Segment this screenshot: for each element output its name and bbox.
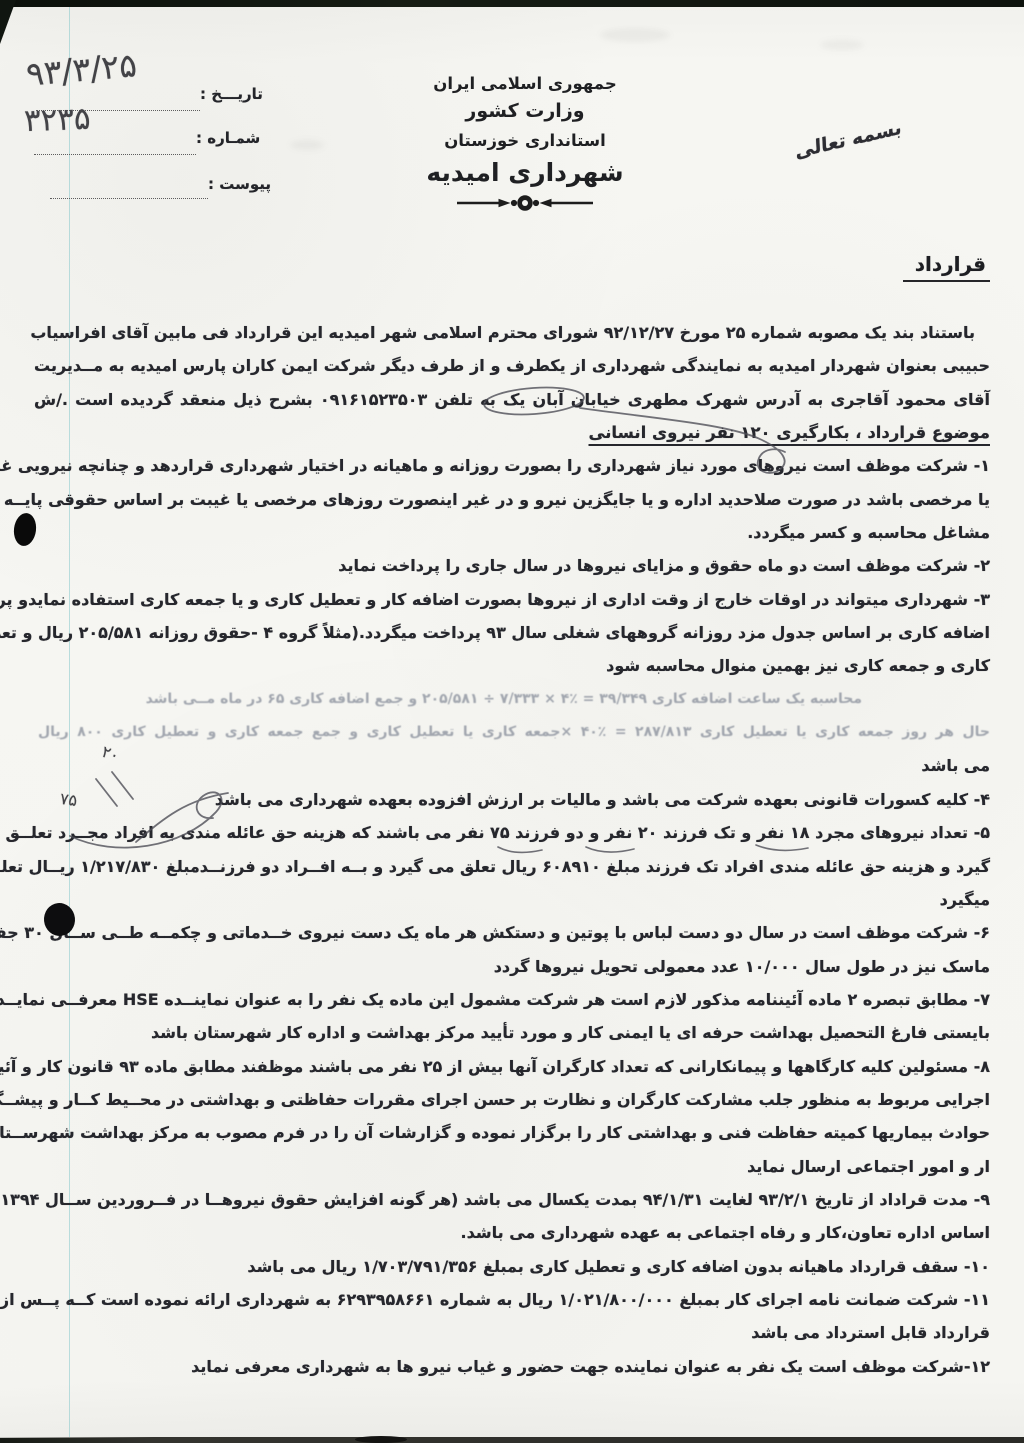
scan-edge-bottom <box>0 1437 1024 1443</box>
contract-line: محاسبه یک ساعت اضافه کاری ۳۹/۳۴۹ = ٪۴ × … <box>34 683 990 716</box>
contract-line: کاری و جمعه کاری نیز بهمین منوال محاسبه … <box>34 649 990 682</box>
margin-note-bottom: ۷۵ <box>59 789 79 810</box>
contract-line: ار و امور اجتماعی ارسال نماید <box>34 1150 990 1183</box>
contract-line: ماسک نیز در طول سال ۱۰/۰۰۰ عدد معمولی تح… <box>34 950 990 983</box>
contract-line: ۱۰- سقف قرارداد ماهیانه بدون اضافه کاری … <box>34 1250 990 1283</box>
contract-line: بایستی فارغ التحصیل بهداشت حرفه ای یا ای… <box>34 1016 990 1049</box>
letterhead-ministry: وزارت کشور <box>372 100 678 122</box>
contract-line: حال هر روز جمعه کاری یا تعطیل کاری ۲۸۷/۸… <box>34 716 990 749</box>
contract-line: ۷- مطابق تبصره ۲ ماده آئیننامه مذکور لاز… <box>34 983 990 1016</box>
contract-line: اضافه کاری بر اساس جدول مزد روزانه گروهه… <box>34 616 990 649</box>
contract-line: ۹- مدت قراداد از تاریخ ۹۳/۲/۱ لغایت ۹۴/۱… <box>34 1183 990 1216</box>
scanned-contract-page: { "document": { "bismillah": "بسمه تعالی… <box>0 0 1024 1443</box>
contract-line: ۴- کلیه کسورات قانونی بعهده شرکت می باشد… <box>34 783 990 816</box>
contract-line: ۸- مسئولین کلیه کارگاهها و پیمانکارانی ک… <box>34 1050 990 1083</box>
contract-line: حوادث بیماریها کمیته حفاظت فنی و بهداشتی… <box>34 1116 990 1149</box>
contract-line: باستناد بند یک مصوبه شماره ۲۵ مورخ ۹۲/۱۲… <box>34 316 990 349</box>
contract-line: می باشد <box>34 749 990 782</box>
contract-line: گیرد و هزینه حق عائله مندی افراد تک فرزن… <box>34 850 990 883</box>
divider-ornament-icon <box>455 193 595 213</box>
contract-body: باستناد بند یک مصوبه شماره ۲۵ مورخ ۹۲/۱۲… <box>34 316 990 1383</box>
contract-line: اجرایی مربوط به منظور جلب مشارکت کارگران… <box>34 1083 990 1116</box>
contract-line: میگیرد <box>34 883 990 916</box>
number-handwritten-value: ۳۲۳۵ <box>23 101 91 139</box>
scan-smudge <box>600 28 670 42</box>
letterhead-municipality: شهرداری امیدیه <box>372 158 678 187</box>
contract-line: حبیبی بعنوان شهردار امیدیه به نمایندگی ش… <box>34 349 990 382</box>
contract-line: ۱۱- شرکت ضمانت نامه اجرای کار بمبلغ ۱/۰۲… <box>34 1283 990 1316</box>
contract-line: اساس اداره تعاون،کار و رفاه اجتماعی به ع… <box>34 1216 990 1249</box>
contract-line: مشاغل محاسبه و کسر میگردد. <box>34 516 990 549</box>
contract-line: قرارداد قابل استرداد می باشد <box>34 1316 990 1349</box>
number-label: شمـاره : <box>196 129 276 147</box>
contract-line: ۶- شرکت موظف است در سال دو دست لباس با پ… <box>34 916 990 949</box>
date-label: تاریـــخ : <box>200 85 280 103</box>
scan-smudge <box>290 140 324 150</box>
attachment-label: پیوست : <box>208 175 288 193</box>
page-title: قرارداد <box>903 252 990 282</box>
scan-edge-blob <box>355 1436 407 1443</box>
scan-smudge <box>820 40 864 50</box>
letterhead-country: جمهوری اسلامی ایران <box>372 74 678 93</box>
contract-line: ۱- شرکت موظف است نیروهای مورد نیاز شهردا… <box>34 449 990 482</box>
attachment-line <box>50 197 208 199</box>
scan-edge-top <box>0 0 1024 7</box>
contract-line: ۵- تعداد نیروهای مجرد ۱۸ نفر و تک فرزند … <box>34 816 990 849</box>
contract-line: موضوع قرارداد ، بکارگیری ۱۲۰ نفر نیروی ا… <box>34 416 990 449</box>
contract-line: ۲- شرکت موظف است دو ماه حقوق و مزایای نی… <box>34 549 990 582</box>
letterhead-province: استانداری خوزستان <box>372 131 678 150</box>
number-line <box>34 153 196 155</box>
letterhead: جمهوری اسلامی ایران وزارت کشور استانداری… <box>372 74 678 213</box>
contract-line: ۱۲-شرکت موظف است یک نفر به عنوان نماینده… <box>34 1350 990 1383</box>
contract-line: آقای محمود آقاجری به آدرس شهرک مطهری خیا… <box>34 383 990 416</box>
contract-line: ۳- شهرداری میتواند در اوقات خارج از وقت … <box>34 583 990 616</box>
contract-line: یا مرخصی باشد در صورت صلاحدید اداره و یا… <box>34 483 990 516</box>
